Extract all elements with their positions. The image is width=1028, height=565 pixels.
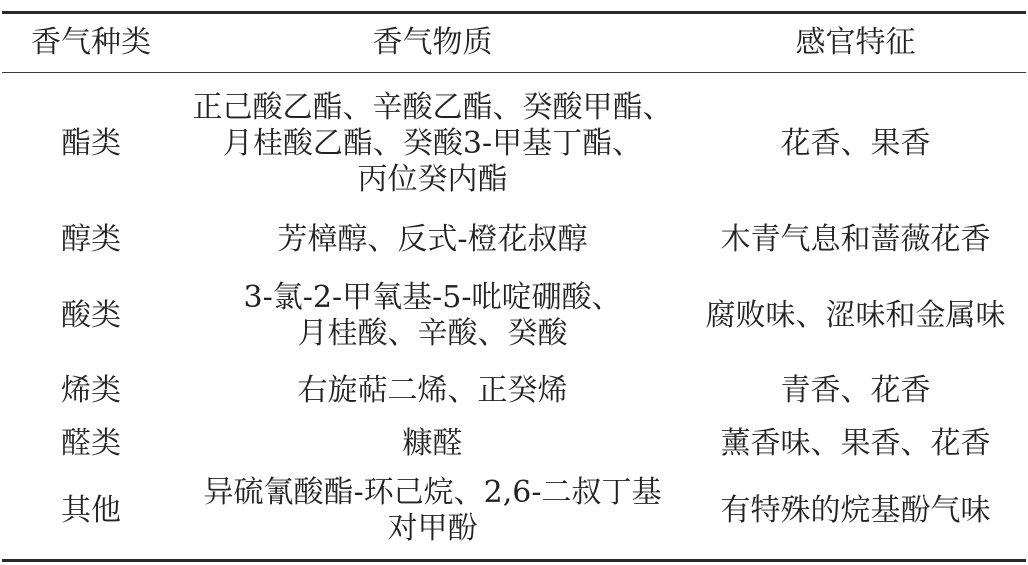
cell-substances: 3-氯-2-甲氧基-5-吡啶硼酸、 月桂酸、辛酸、癸酸 bbox=[180, 269, 685, 363]
table-row-esters: 酯类 正己酸乙酯、辛酸乙酯、癸酸甲酯、 月桂酸乙酯、癸酸3-甲基丁酯、 丙位癸内… bbox=[2, 73, 1026, 212]
cell-sensory: 有特殊的烷基酚气味 bbox=[685, 469, 1026, 561]
table-row-others: 其他 异硫氰酸酯-环己烷、2,6-二叔丁基 对甲酚 有特殊的烷基酚气味 bbox=[2, 469, 1026, 561]
substance-line: 芳樟醇、反式-橙花叔醇 bbox=[180, 222, 685, 258]
aroma-compounds-table: 香气种类 香气物质 感官特征 酯类 正己酸乙酯、辛酸乙酯、癸酸甲酯、 月桂酸乙酯… bbox=[2, 11, 1026, 562]
cell-sensory: 腐败味、涩味和金属味 bbox=[685, 269, 1026, 363]
cell-sensory: 薰香味、果香、花香 bbox=[685, 419, 1026, 469]
header-aroma-category: 香气种类 bbox=[2, 13, 180, 73]
header-sensory-features: 感官特征 bbox=[685, 13, 1026, 73]
cell-substances: 糠醛 bbox=[180, 419, 685, 469]
cell-sensory: 花香、果香 bbox=[685, 73, 1026, 212]
table-row-alcohols: 醇类 芳樟醇、反式-橙花叔醇 木青气息和蔷薇花香 bbox=[2, 211, 1026, 269]
substance-line: 右旋萜二烯、正癸烯 bbox=[180, 373, 685, 409]
cell-substances: 异硫氰酸酯-环己烷、2,6-二叔丁基 对甲酚 bbox=[180, 469, 685, 561]
cell-category: 酸类 bbox=[2, 269, 180, 363]
cell-category: 酯类 bbox=[2, 73, 180, 212]
table-row-acids: 酸类 3-氯-2-甲氧基-5-吡啶硼酸、 月桂酸、辛酸、癸酸 腐败味、涩味和金属… bbox=[2, 269, 1026, 363]
substance-line: 3-氯-2-甲氧基-5-吡啶硼酸、 bbox=[180, 280, 685, 316]
cell-category: 其他 bbox=[2, 469, 180, 561]
substance-line: 丙位癸内酯 bbox=[180, 162, 685, 198]
cell-category: 醇类 bbox=[2, 211, 180, 269]
header-aroma-substances: 香气物质 bbox=[180, 13, 685, 73]
substance-line: 正己酸乙酯、辛酸乙酯、癸酸甲酯、 bbox=[180, 90, 685, 126]
aroma-table-container: 香气种类 香气物质 感官特征 酯类 正己酸乙酯、辛酸乙酯、癸酸甲酯、 月桂酸乙酯… bbox=[2, 11, 1026, 562]
substance-line: 异硫氰酸酯-环己烷、2,6-二叔丁基 bbox=[180, 475, 685, 511]
substance-line: 月桂酸乙酯、癸酸3-甲基丁酯、 bbox=[180, 126, 685, 162]
cell-substances: 正己酸乙酯、辛酸乙酯、癸酸甲酯、 月桂酸乙酯、癸酸3-甲基丁酯、 丙位癸内酯 bbox=[180, 73, 685, 212]
cell-sensory: 青香、花香 bbox=[685, 363, 1026, 419]
substance-line: 月桂酸、辛酸、癸酸 bbox=[180, 316, 685, 352]
cell-category: 醛类 bbox=[2, 419, 180, 469]
cell-sensory: 木青气息和蔷薇花香 bbox=[685, 211, 1026, 269]
cell-category: 烯类 bbox=[2, 363, 180, 419]
substance-line: 糠醛 bbox=[180, 426, 685, 462]
cell-substances: 右旋萜二烯、正癸烯 bbox=[180, 363, 685, 419]
substance-line: 对甲酚 bbox=[180, 511, 685, 547]
cell-substances: 芳樟醇、反式-橙花叔醇 bbox=[180, 211, 685, 269]
table-row-aldehydes: 醛类 糠醛 薰香味、果香、花香 bbox=[2, 419, 1026, 469]
table-row-alkenes: 烯类 右旋萜二烯、正癸烯 青香、花香 bbox=[2, 363, 1026, 419]
table-header-row: 香气种类 香气物质 感官特征 bbox=[2, 13, 1026, 73]
